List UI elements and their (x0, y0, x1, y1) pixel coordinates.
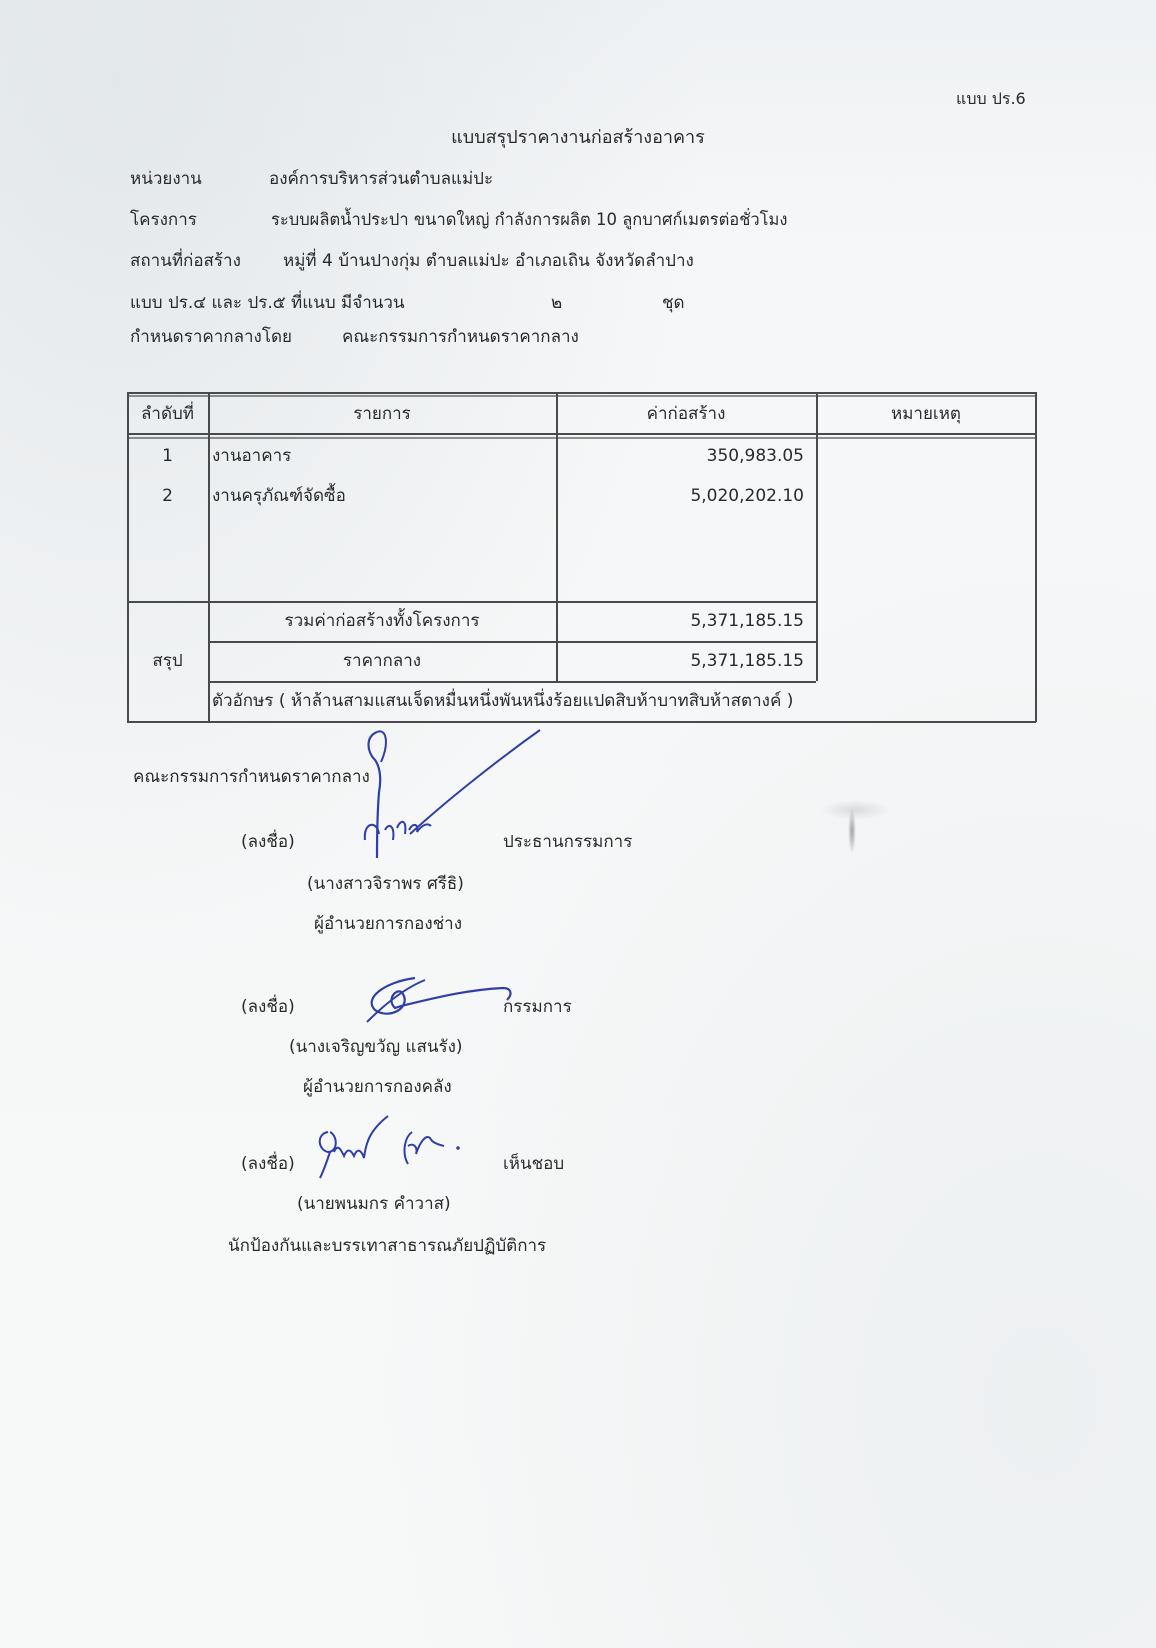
attachments-label: แบบ ปร.๔ และ ปร.๕ ที่แนบ มีจำนวน (130, 295, 405, 312)
member-name: (นางสาวจิราพร ศรีธิ) (307, 876, 464, 893)
form-code: แบบ ปร.6 (956, 91, 1026, 107)
amount-in-words: ตัวอักษร ( ห้าล้านสามแสนเจ็ดหมื่นหนึ่งพั… (212, 693, 793, 710)
signature-member (355, 968, 515, 1028)
sign-label: (ลงชื่อ) (241, 834, 295, 851)
project-value: ระบบผลิตน้ำประปา ขนาดใหญ่ กำลังการผลิต 1… (271, 212, 787, 229)
column-header-remark: หมายเหตุ (816, 406, 1036, 423)
row-cost: 5,020,202.10 (556, 488, 804, 505)
scan-mark (848, 808, 856, 854)
agency-label: หน่วยงาน (130, 171, 202, 188)
member-name: (นายพนมกร คำวาส) (297, 1196, 451, 1213)
row-no: 2 (127, 488, 208, 505)
set-by-label: กำหนดราคากลางโดย (130, 329, 292, 346)
total-label: รวมค่าก่อสร้างทั้งโครงการ (208, 613, 556, 630)
site-value: หมู่ที่ 4 บ้านปางกุ่ม ตำบลแม่ปะ อำเภอเถิ… (283, 253, 694, 270)
row-no: 1 (127, 448, 208, 465)
paper-background (0, 0, 1156, 1648)
attachments-unit: ชุด (662, 295, 685, 312)
member-position: ผู้อำนวยการกองคลัง (303, 1079, 452, 1096)
agency-value: องค์การบริหารส่วนตำบลแม่ปะ (269, 171, 493, 188)
set-by-value: คณะกรรมการกำหนดราคากลาง (342, 329, 579, 346)
row-item: งานครุภัณฑ์จัดซื้อ (212, 488, 346, 505)
member-role: เห็นชอบ (503, 1156, 564, 1173)
member-name: (นางเจริญขวัญ แสนรัง) (289, 1039, 463, 1056)
project-label: โครงการ (130, 212, 197, 229)
signature-chairperson (355, 722, 545, 862)
sign-label: (ลงชื่อ) (241, 1156, 295, 1173)
attachments-count: ๒ (551, 295, 562, 312)
document-title: แบบสรุปราคางานก่อสร้างอาคาร (0, 129, 1156, 147)
row-cost: 350,983.05 (556, 448, 804, 465)
price-summary-table: ลำดับที่ รายการ ค่าก่อสร้าง หมายเหตุ 1 ง… (127, 392, 1036, 722)
column-header-no: ลำดับที่ (127, 406, 208, 423)
median-price-label: ราคากลาง (208, 653, 556, 670)
median-price-value: 5,371,185.15 (556, 653, 804, 670)
sign-label: (ลงชื่อ) (241, 999, 295, 1016)
row-item: งานอาคาร (212, 448, 291, 465)
member-position: นักป้องกันและบรรเทาสาธารณภัยปฏิบัติการ (228, 1238, 546, 1255)
summary-label: สรุป (127, 653, 208, 670)
column-header-cost: ค่าก่อสร้าง (556, 406, 816, 423)
column-header-item: รายการ (208, 406, 556, 423)
site-label: สถานที่ก่อสร้าง (130, 253, 241, 270)
total-value: 5,371,185.15 (556, 613, 804, 630)
member-position: ผู้อำนวยการกองช่าง (314, 916, 462, 933)
committee-heading: คณะกรรมการกำหนดราคากลาง (133, 769, 370, 786)
signature-approver (308, 1112, 478, 1182)
